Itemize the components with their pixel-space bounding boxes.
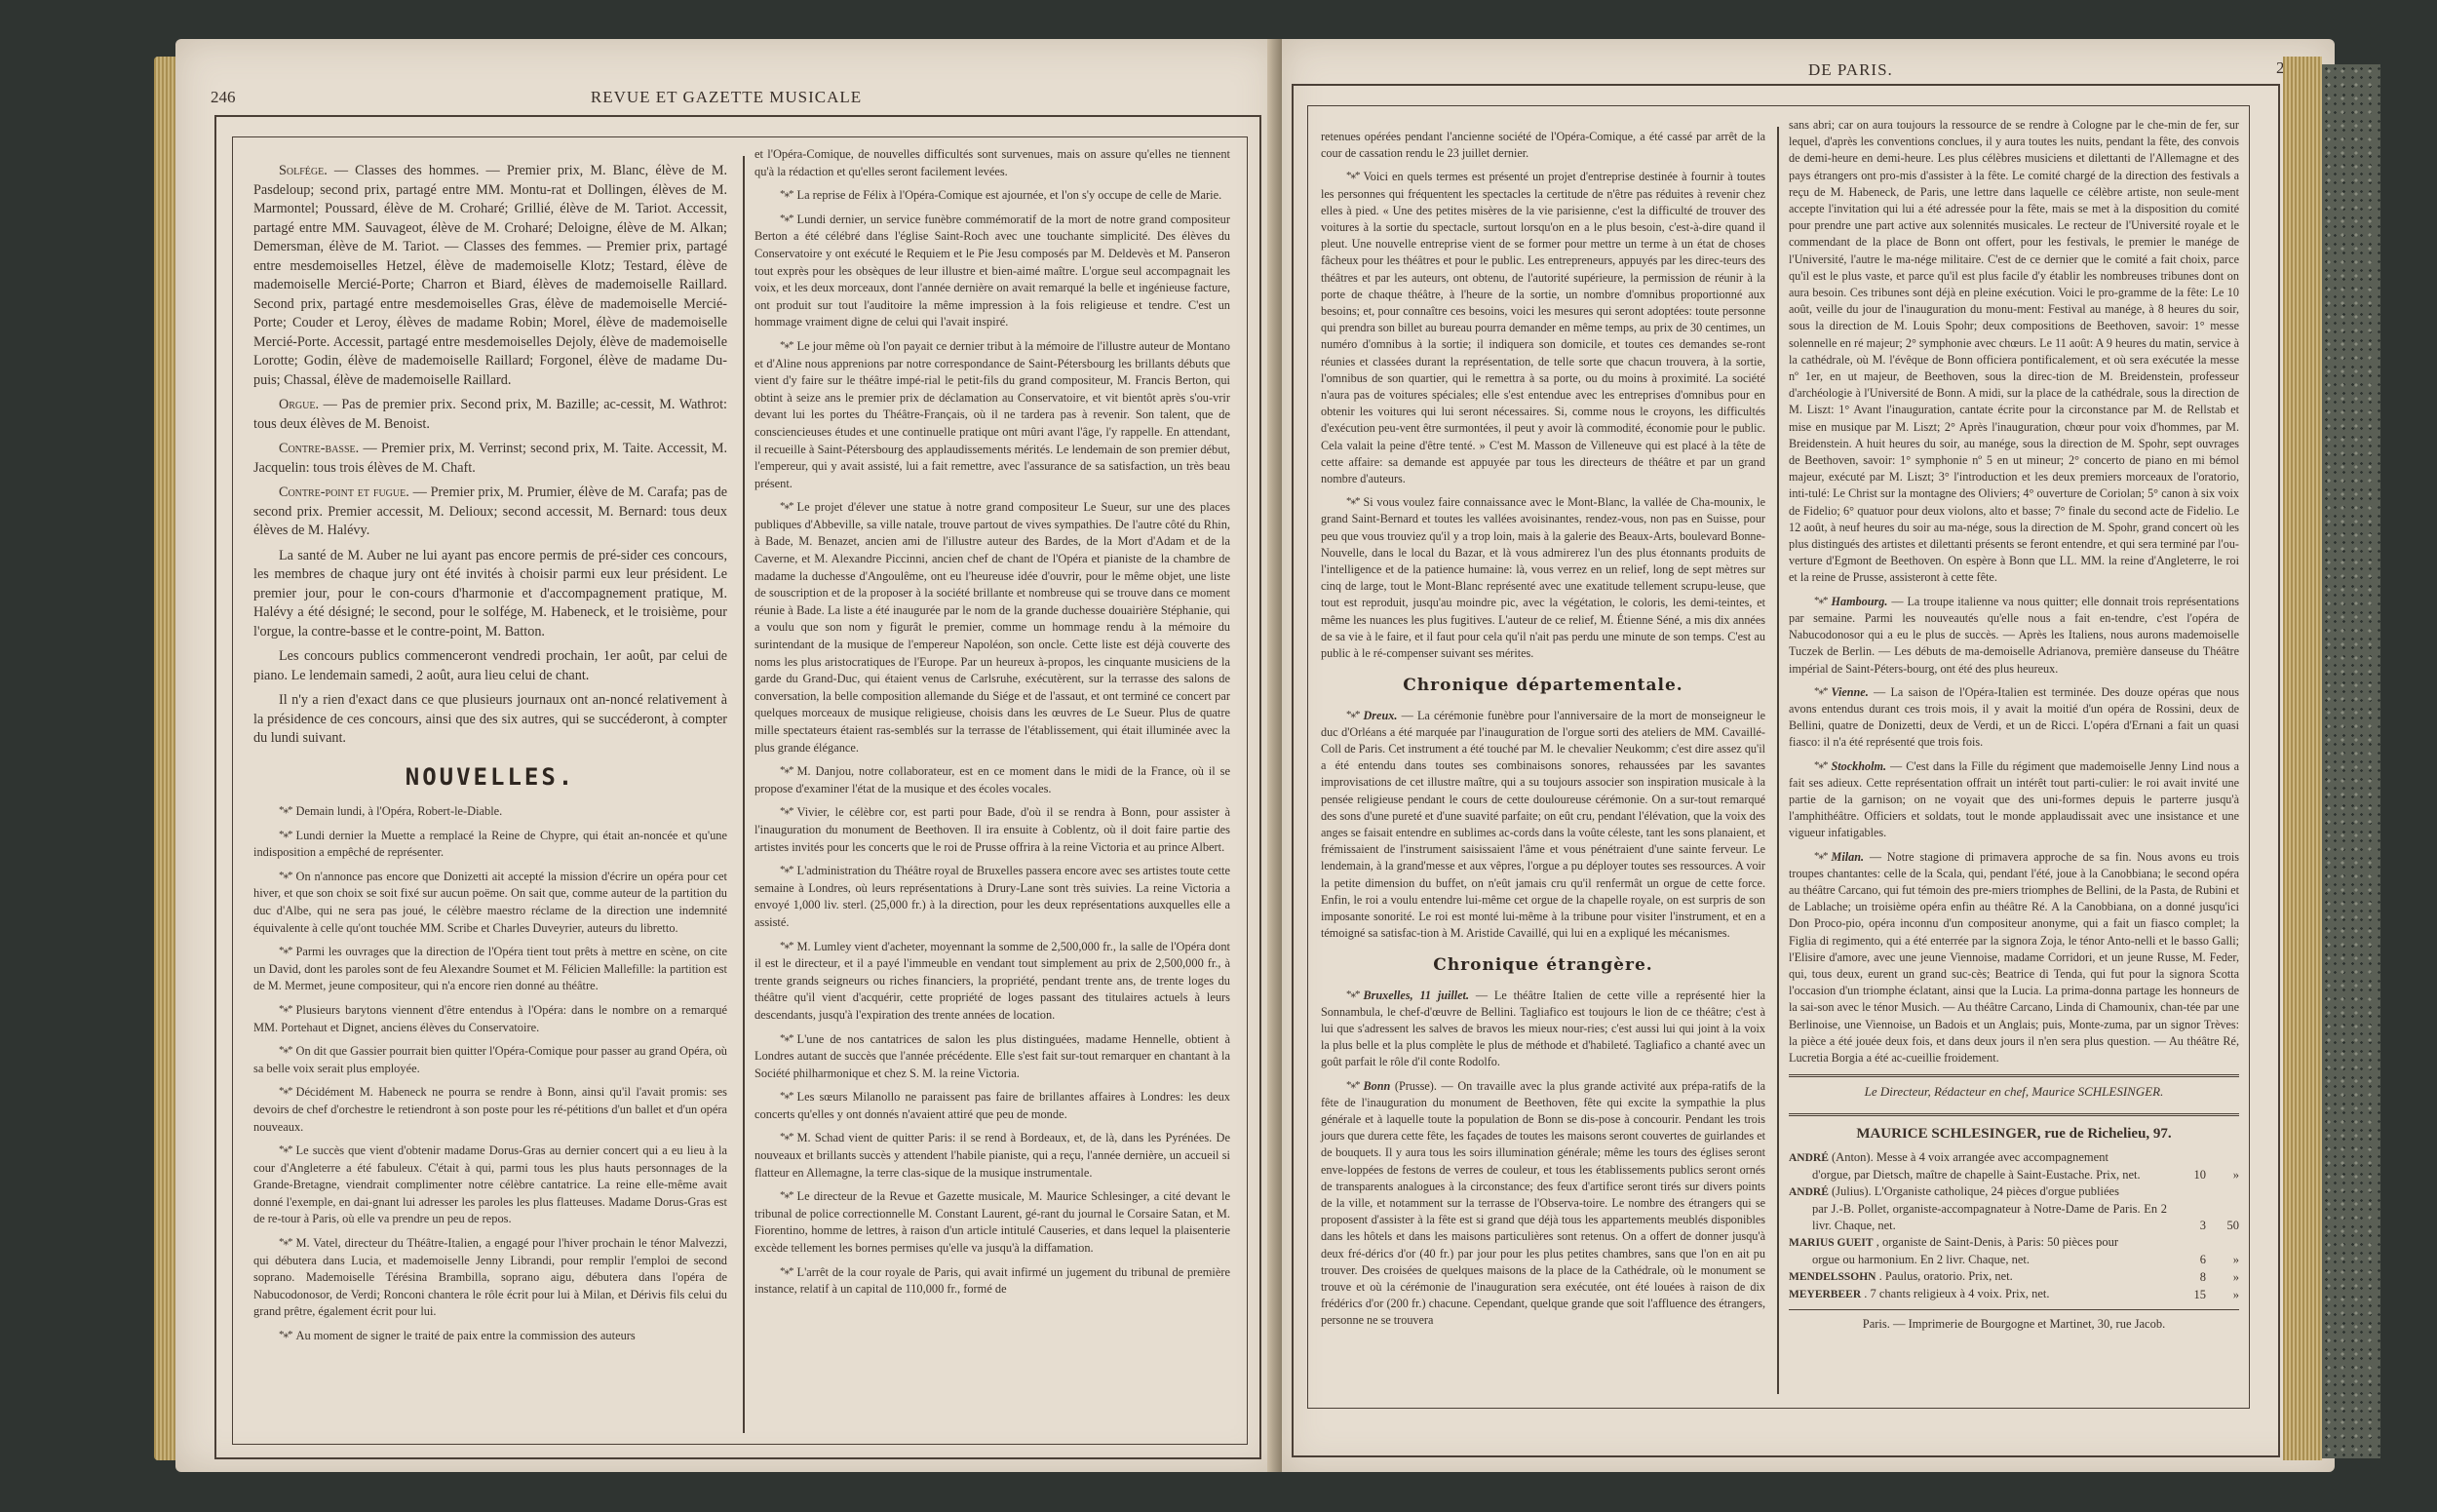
news-item: *⁎*Le projet d'élever une statue à notre… bbox=[754, 498, 1230, 756]
news-text: La reprise de Félix à l'Opéra-Comique es… bbox=[797, 188, 1222, 202]
catalog-entry: ANDRÉ (Julius). L'Organiste catholique, … bbox=[1789, 1183, 2239, 1234]
catalog-continuation: par J.-B. Pollet, organiste-accompagnate… bbox=[1789, 1201, 2167, 1234]
catalog-price-centimes: » bbox=[2206, 1287, 2239, 1303]
right-page: DE PARIS. 247 retenues opérées pendant l… bbox=[1282, 39, 2335, 1472]
article-paragraph: *⁎*Dreux. — La cérémonie funèbre pour l'… bbox=[1321, 707, 1765, 943]
news-asterism-icon: *⁎* bbox=[1346, 495, 1360, 507]
catalog-title: . Paulus, oratorio. Prix, net. bbox=[1879, 1269, 2013, 1283]
news-asterism-icon: *⁎* bbox=[279, 945, 292, 956]
news-item: *⁎*M. Schad vient de quitter Paris: il s… bbox=[754, 1129, 1230, 1182]
section-title-chronique-departementale: Chronique départementale. bbox=[1321, 678, 1765, 694]
news-item: *⁎*Plusieurs barytons viennent d'être en… bbox=[253, 1001, 727, 1036]
paragraph-lead: Orgue. bbox=[279, 397, 319, 412]
news-asterism-icon: *⁎* bbox=[279, 870, 292, 881]
news-text: L'arrêt de la cour royale de Paris, qui … bbox=[754, 1265, 1230, 1297]
editor-signature: Le Directeur, Rédacteur en chef, Maurice… bbox=[1789, 1074, 2239, 1100]
news-item: *⁎*Le directeur de la Revue et Gazette m… bbox=[754, 1187, 1230, 1257]
news-item: *⁎*Le jour même où l'on payait ce dernie… bbox=[754, 337, 1230, 492]
news-asterism-icon: *⁎* bbox=[780, 188, 793, 200]
news-item: *⁎*M. Vatel, directeur du Théâtre-Italie… bbox=[253, 1234, 727, 1321]
news-item: *⁎*La reprise de Félix à l'Opéra-Comique… bbox=[754, 186, 1230, 205]
catalog-price-francs: 3 bbox=[2167, 1218, 2206, 1234]
news-item: *⁎*M. Lumley vient d'acheter, moyennant … bbox=[754, 938, 1230, 1025]
section-title-chronique-etrangere: Chronique étrangère. bbox=[1321, 957, 1765, 974]
news-item: *⁎*Le succès que vient d'obtenir madame … bbox=[253, 1142, 727, 1228]
news-asterism-icon: *⁎* bbox=[279, 1236, 292, 1248]
news-text: Au moment de signer le traité de paix en… bbox=[296, 1329, 636, 1342]
article-paragraph: *⁎*Hambourg. — La troupe italienne va no… bbox=[1789, 593, 2239, 678]
catalog-price-centimes: » bbox=[2206, 1269, 2239, 1286]
running-head-right: DE PARIS. bbox=[1808, 60, 1893, 80]
news-asterism-icon: *⁎* bbox=[780, 1032, 793, 1044]
catalog-price-francs: 8 bbox=[2167, 1269, 2206, 1286]
news-asterism-icon: *⁎* bbox=[780, 500, 793, 512]
article-paragraph: *⁎*Vienne. — La saison de l'Opéra-Italie… bbox=[1789, 683, 2239, 752]
news-asterism-icon: *⁎* bbox=[279, 1329, 292, 1340]
news-item: *⁎*Décidément M. Habeneck ne pourra se r… bbox=[253, 1083, 727, 1136]
catalog-title: (Julius). L'Organiste catholique, 24 piè… bbox=[1832, 1184, 2119, 1198]
paragraph-text: Les concours publics commenceront vendre… bbox=[253, 648, 727, 683]
news-item: *⁎*L'une de nos cantatrices de salon les… bbox=[754, 1030, 1230, 1083]
paragraph-lead: Vienne. bbox=[1832, 685, 1869, 699]
news-item: *⁎*Parmi les ouvrages que la direction d… bbox=[253, 943, 727, 995]
news-text: L'administration du Théâtre royal de Bru… bbox=[754, 864, 1230, 929]
article-paragraph: *⁎*Stockholm. — C'est dans la Fille du r… bbox=[1789, 757, 2239, 842]
column-rule-right bbox=[1777, 127, 1779, 1394]
marbled-cover bbox=[2322, 64, 2380, 1458]
news-asterism-icon: *⁎* bbox=[780, 1090, 793, 1102]
news-text: Plusieurs barytons viennent d'être enten… bbox=[253, 1003, 727, 1034]
news-text: L'une de nos cantatrices de salon les pl… bbox=[754, 1032, 1230, 1080]
news-text: Le succès que vient d'obtenir madame Dor… bbox=[253, 1144, 727, 1225]
news-item: et l'Opéra-Comique, de nouvelles difficu… bbox=[754, 146, 1230, 180]
article-paragraph: La santé de M. Auber ne lui ayant pas en… bbox=[253, 547, 727, 642]
catalog-continuation: orgue ou harmonium. En 2 livr. Chaque, n… bbox=[1789, 1252, 2167, 1268]
catalog-title: (Anton). Messe à 4 voix arrangée avec ac… bbox=[1832, 1150, 2108, 1164]
article-paragraph: *⁎*Bonn (Prusse). — On travaille avec la… bbox=[1321, 1077, 1765, 1330]
column-rule-left bbox=[743, 156, 745, 1433]
catalog-price-francs: 10 bbox=[2167, 1167, 2206, 1183]
news-text: M. Danjou, notre collaborateur, est en c… bbox=[754, 764, 1230, 795]
news-item: *⁎*M. Danjou, notre collaborateur, est e… bbox=[754, 762, 1230, 797]
left-page-column-1: Solfége. — Classes des hommes. — Premier… bbox=[253, 162, 727, 1351]
news-text: et l'Opéra-Comique, de nouvelles difficu… bbox=[754, 147, 1230, 178]
catalog-description: ANDRÉ (Anton). Messe à 4 voix arrangée a… bbox=[1789, 1149, 2167, 1183]
news-text: M. Vatel, directeur du Théâtre-Italien, … bbox=[253, 1236, 727, 1318]
catalog-composer: MEYERBEER bbox=[1789, 1289, 1861, 1300]
news-asterism-icon: *⁎* bbox=[1814, 595, 1828, 606]
news-asterism-icon: *⁎* bbox=[1346, 989, 1360, 1000]
paragraph-lead: Milan. bbox=[1832, 850, 1865, 864]
paragraph-text: — Pas de premier prix. Second prix, M. B… bbox=[253, 397, 727, 432]
article-paragraph: Contre-basse. — Premier prix, M. Verrins… bbox=[253, 440, 727, 478]
right-page-column-2: sans abri; car on aura toujours la resso… bbox=[1789, 117, 2239, 1333]
catalog-entry: MENDELSSOHN . Paulus, oratorio. Prix, ne… bbox=[1789, 1268, 2239, 1286]
article-paragraph: Contre-point et fugue. — Premier prix, M… bbox=[253, 484, 727, 541]
paragraph-text: — Notre stagione di primavera approche d… bbox=[1789, 850, 2239, 1065]
catalog-price-francs: 15 bbox=[2167, 1287, 2206, 1303]
news-item: *⁎*On dit que Gassier pourrait bien quit… bbox=[253, 1042, 727, 1077]
news-item: *⁎*Lundi dernier la Muette a remplacé la… bbox=[253, 827, 727, 862]
news-asterism-icon: *⁎* bbox=[279, 1144, 292, 1155]
paragraph-text: — La cérémonie funèbre pour l'anniversai… bbox=[1321, 709, 1765, 941]
news-text: On dit que Gassier pourrait bien quitter… bbox=[253, 1044, 727, 1075]
news-text: Voici en quels termes est présenté un pr… bbox=[1321, 170, 1765, 485]
news-text: On n'annonce pas encore que Donizetti ai… bbox=[253, 870, 727, 935]
right-page-column-1: retenues opérées pendant l'ancienne soci… bbox=[1321, 129, 1765, 1336]
news-asterism-icon: *⁎* bbox=[1814, 685, 1828, 697]
news-asterism-icon: *⁎* bbox=[279, 1044, 292, 1056]
printer-imprint: Paris. — Imprimerie de Bourgogne et Mart… bbox=[1789, 1309, 2239, 1333]
news-item: *⁎*L'administration du Théâtre royal de … bbox=[754, 862, 1230, 931]
news-text: Décidément M. Habeneck ne pourra se rend… bbox=[253, 1085, 727, 1133]
news-text: Lundi dernier la Muette a remplacé la Re… bbox=[253, 829, 727, 860]
news-asterism-icon: *⁎* bbox=[780, 764, 793, 776]
news-asterism-icon: *⁎* bbox=[1346, 709, 1360, 720]
news-text: Le projet d'élever une statue à notre gr… bbox=[754, 500, 1230, 754]
news-text: Le directeur de la Revue et Gazette musi… bbox=[754, 1189, 1230, 1255]
article-paragraph: Solfége. — Classes des hommes. — Premier… bbox=[253, 162, 727, 390]
news-item: *⁎*L'arrêt de la cour royale de Paris, q… bbox=[754, 1263, 1230, 1299]
news-item: *⁎*On n'annonce pas encore que Donizetti… bbox=[253, 868, 727, 937]
catalog-price-centimes: » bbox=[2206, 1252, 2239, 1268]
news-asterism-icon: *⁎* bbox=[279, 829, 292, 840]
paragraph-lead: Bruxelles, 11 juillet. bbox=[1364, 989, 1470, 1002]
news-text: Les sœurs Milanollo ne paraissent pas fa… bbox=[754, 1090, 1230, 1121]
news-text: Lundi dernier, un service funèbre commém… bbox=[754, 213, 1230, 330]
news-text: M. Lumley vient d'acheter, moyennant la … bbox=[754, 940, 1230, 1022]
news-text: Le jour même où l'on payait ce dernier t… bbox=[754, 339, 1230, 490]
news-asterism-icon: *⁎* bbox=[780, 805, 793, 817]
catalog-continuation: d'orgue, par Dietsch, maître de chapelle… bbox=[1789, 1167, 2167, 1183]
left-page: 246 REVUE ET GAZETTE MUSICALE Solfége. —… bbox=[175, 39, 1277, 1472]
running-head-left: REVUE ET GAZETTE MUSICALE bbox=[175, 88, 1277, 107]
paragraph-lead: Stockholm. bbox=[1832, 759, 1887, 773]
open-book: 246 REVUE ET GAZETTE MUSICALE Solfége. —… bbox=[117, 39, 2388, 1492]
article-paragraph: Orgue. — Pas de premier prix. Second pri… bbox=[253, 396, 727, 434]
catalog-composer: MARIUS GUEIT bbox=[1789, 1237, 1874, 1249]
news-item: *⁎*Les sœurs Milanollo ne paraissent pas… bbox=[754, 1088, 1230, 1123]
catalog-description: MENDELSSOHN . Paulus, oratorio. Prix, ne… bbox=[1789, 1268, 2167, 1286]
catalog-title: , organiste de Saint-Denis, à Paris: 50 … bbox=[1876, 1235, 2118, 1249]
news-text: Parmi les ouvrages que la direction de l… bbox=[253, 945, 727, 992]
paragraph-text: (Prusse). — On travaille avec la plus gr… bbox=[1321, 1079, 1765, 1328]
publisher-heading: MAURICE SCHLESINGER, rue de Richelieu, 9… bbox=[1789, 1113, 2239, 1143]
catalog-price-centimes: 50 bbox=[2206, 1218, 2239, 1234]
catalog-entry: ANDRÉ (Anton). Messe à 4 voix arrangée a… bbox=[1789, 1149, 2239, 1183]
section-title-nouvelles: NOUVELLES. bbox=[253, 768, 727, 788]
paragraph-lead: Hambourg. bbox=[1832, 595, 1888, 608]
news-text: Vivier, le célèbre cor, est parti pour B… bbox=[754, 805, 1230, 853]
catalog-title: . 7 chants religieux à 4 voix. Prix, net… bbox=[1864, 1287, 2049, 1300]
catalog-composer: ANDRÉ bbox=[1789, 1152, 1829, 1164]
paragraph-lead: Solfége. bbox=[279, 163, 328, 178]
news-item: *⁎*Si vous voulez faire connaissance ave… bbox=[1321, 493, 1765, 662]
article-paragraph: Les concours publics commenceront vendre… bbox=[253, 647, 727, 685]
news-asterism-icon: *⁎* bbox=[279, 804, 292, 816]
news-text: sans abri; car on aura toujours la resso… bbox=[1789, 118, 2239, 584]
article-paragraph: Il n'y a rien d'exact dans ce que plusie… bbox=[253, 691, 727, 749]
paragraph-lead: Contre-basse. bbox=[279, 441, 359, 456]
news-asterism-icon: *⁎* bbox=[279, 1003, 292, 1015]
catalog-price-francs: 6 bbox=[2167, 1252, 2206, 1268]
catalog-composer: ANDRÉ bbox=[1789, 1186, 1829, 1198]
news-asterism-icon: *⁎* bbox=[1814, 759, 1828, 771]
news-asterism-icon: *⁎* bbox=[279, 1085, 292, 1097]
article-paragraph: *⁎*Milan. — Notre stagione di primavera … bbox=[1789, 848, 2239, 1067]
news-asterism-icon: *⁎* bbox=[780, 339, 793, 351]
article-paragraph: *⁎*Bruxelles, 11 juillet. — Le théâtre I… bbox=[1321, 987, 1765, 1071]
catalog-description: ANDRÉ (Julius). L'Organiste catholique, … bbox=[1789, 1183, 2167, 1234]
news-item: retenues opérées pendant l'ancienne soci… bbox=[1321, 129, 1765, 162]
news-asterism-icon: *⁎* bbox=[780, 213, 793, 224]
paragraph-text: La santé de M. Auber ne lui ayant pas en… bbox=[253, 548, 727, 640]
news-asterism-icon: *⁎* bbox=[780, 864, 793, 875]
paragraph-lead: Contre-point et fugue. bbox=[279, 485, 409, 500]
catalog-description: MARIUS GUEIT , organiste de Saint-Denis,… bbox=[1789, 1234, 2167, 1268]
left-page-column-2: et l'Opéra-Comique, de nouvelles difficu… bbox=[754, 146, 1230, 1304]
right-page-edges bbox=[2283, 57, 2322, 1460]
catalog-entry: MARIUS GUEIT , organiste de Saint-Denis,… bbox=[1789, 1234, 2239, 1268]
paragraph-lead: Bonn bbox=[1364, 1079, 1391, 1093]
paragraph-text: Il n'y a rien d'exact dans ce que plusie… bbox=[253, 692, 727, 746]
news-item: *⁎*Lundi dernier, un service funèbre com… bbox=[754, 211, 1230, 331]
news-text: M. Schad vient de quitter Paris: il se r… bbox=[754, 1131, 1230, 1179]
news-asterism-icon: *⁎* bbox=[780, 1131, 793, 1143]
paragraph-lead: Dreux. bbox=[1364, 709, 1398, 722]
catalog-price-centimes: » bbox=[2206, 1167, 2239, 1183]
news-asterism-icon: *⁎* bbox=[780, 1265, 793, 1277]
news-item: sans abri; car on aura toujours la resso… bbox=[1789, 117, 2239, 587]
news-text: Si vous voulez faire connaissance avec l… bbox=[1321, 495, 1765, 660]
news-asterism-icon: *⁎* bbox=[1814, 850, 1828, 862]
news-text: Demain lundi, à l'Opéra, Robert-le-Diabl… bbox=[296, 804, 503, 818]
news-asterism-icon: *⁎* bbox=[780, 940, 793, 951]
paragraph-text: — Classes des hommes. — Premier prix, M.… bbox=[253, 163, 727, 388]
news-asterism-icon: *⁎* bbox=[780, 1189, 793, 1201]
news-asterism-icon: *⁎* bbox=[1346, 1079, 1360, 1091]
catalog-entry: MEYERBEER . 7 chants religieux à 4 voix.… bbox=[1789, 1286, 2239, 1303]
news-item: *⁎*Au moment de signer le traité de paix… bbox=[253, 1327, 727, 1345]
news-item: *⁎*Vivier, le célèbre cor, est parti pou… bbox=[754, 803, 1230, 856]
catalog-description: MEYERBEER . 7 chants religieux à 4 voix.… bbox=[1789, 1286, 2167, 1303]
news-item: *⁎*Voici en quels termes est présenté un… bbox=[1321, 168, 1765, 487]
catalog-composer: MENDELSSOHN bbox=[1789, 1271, 1876, 1283]
news-asterism-icon: *⁎* bbox=[1346, 170, 1360, 181]
news-text: retenues opérées pendant l'ancienne soci… bbox=[1321, 130, 1765, 160]
news-item: *⁎*Demain lundi, à l'Opéra, Robert-le-Di… bbox=[253, 802, 727, 821]
